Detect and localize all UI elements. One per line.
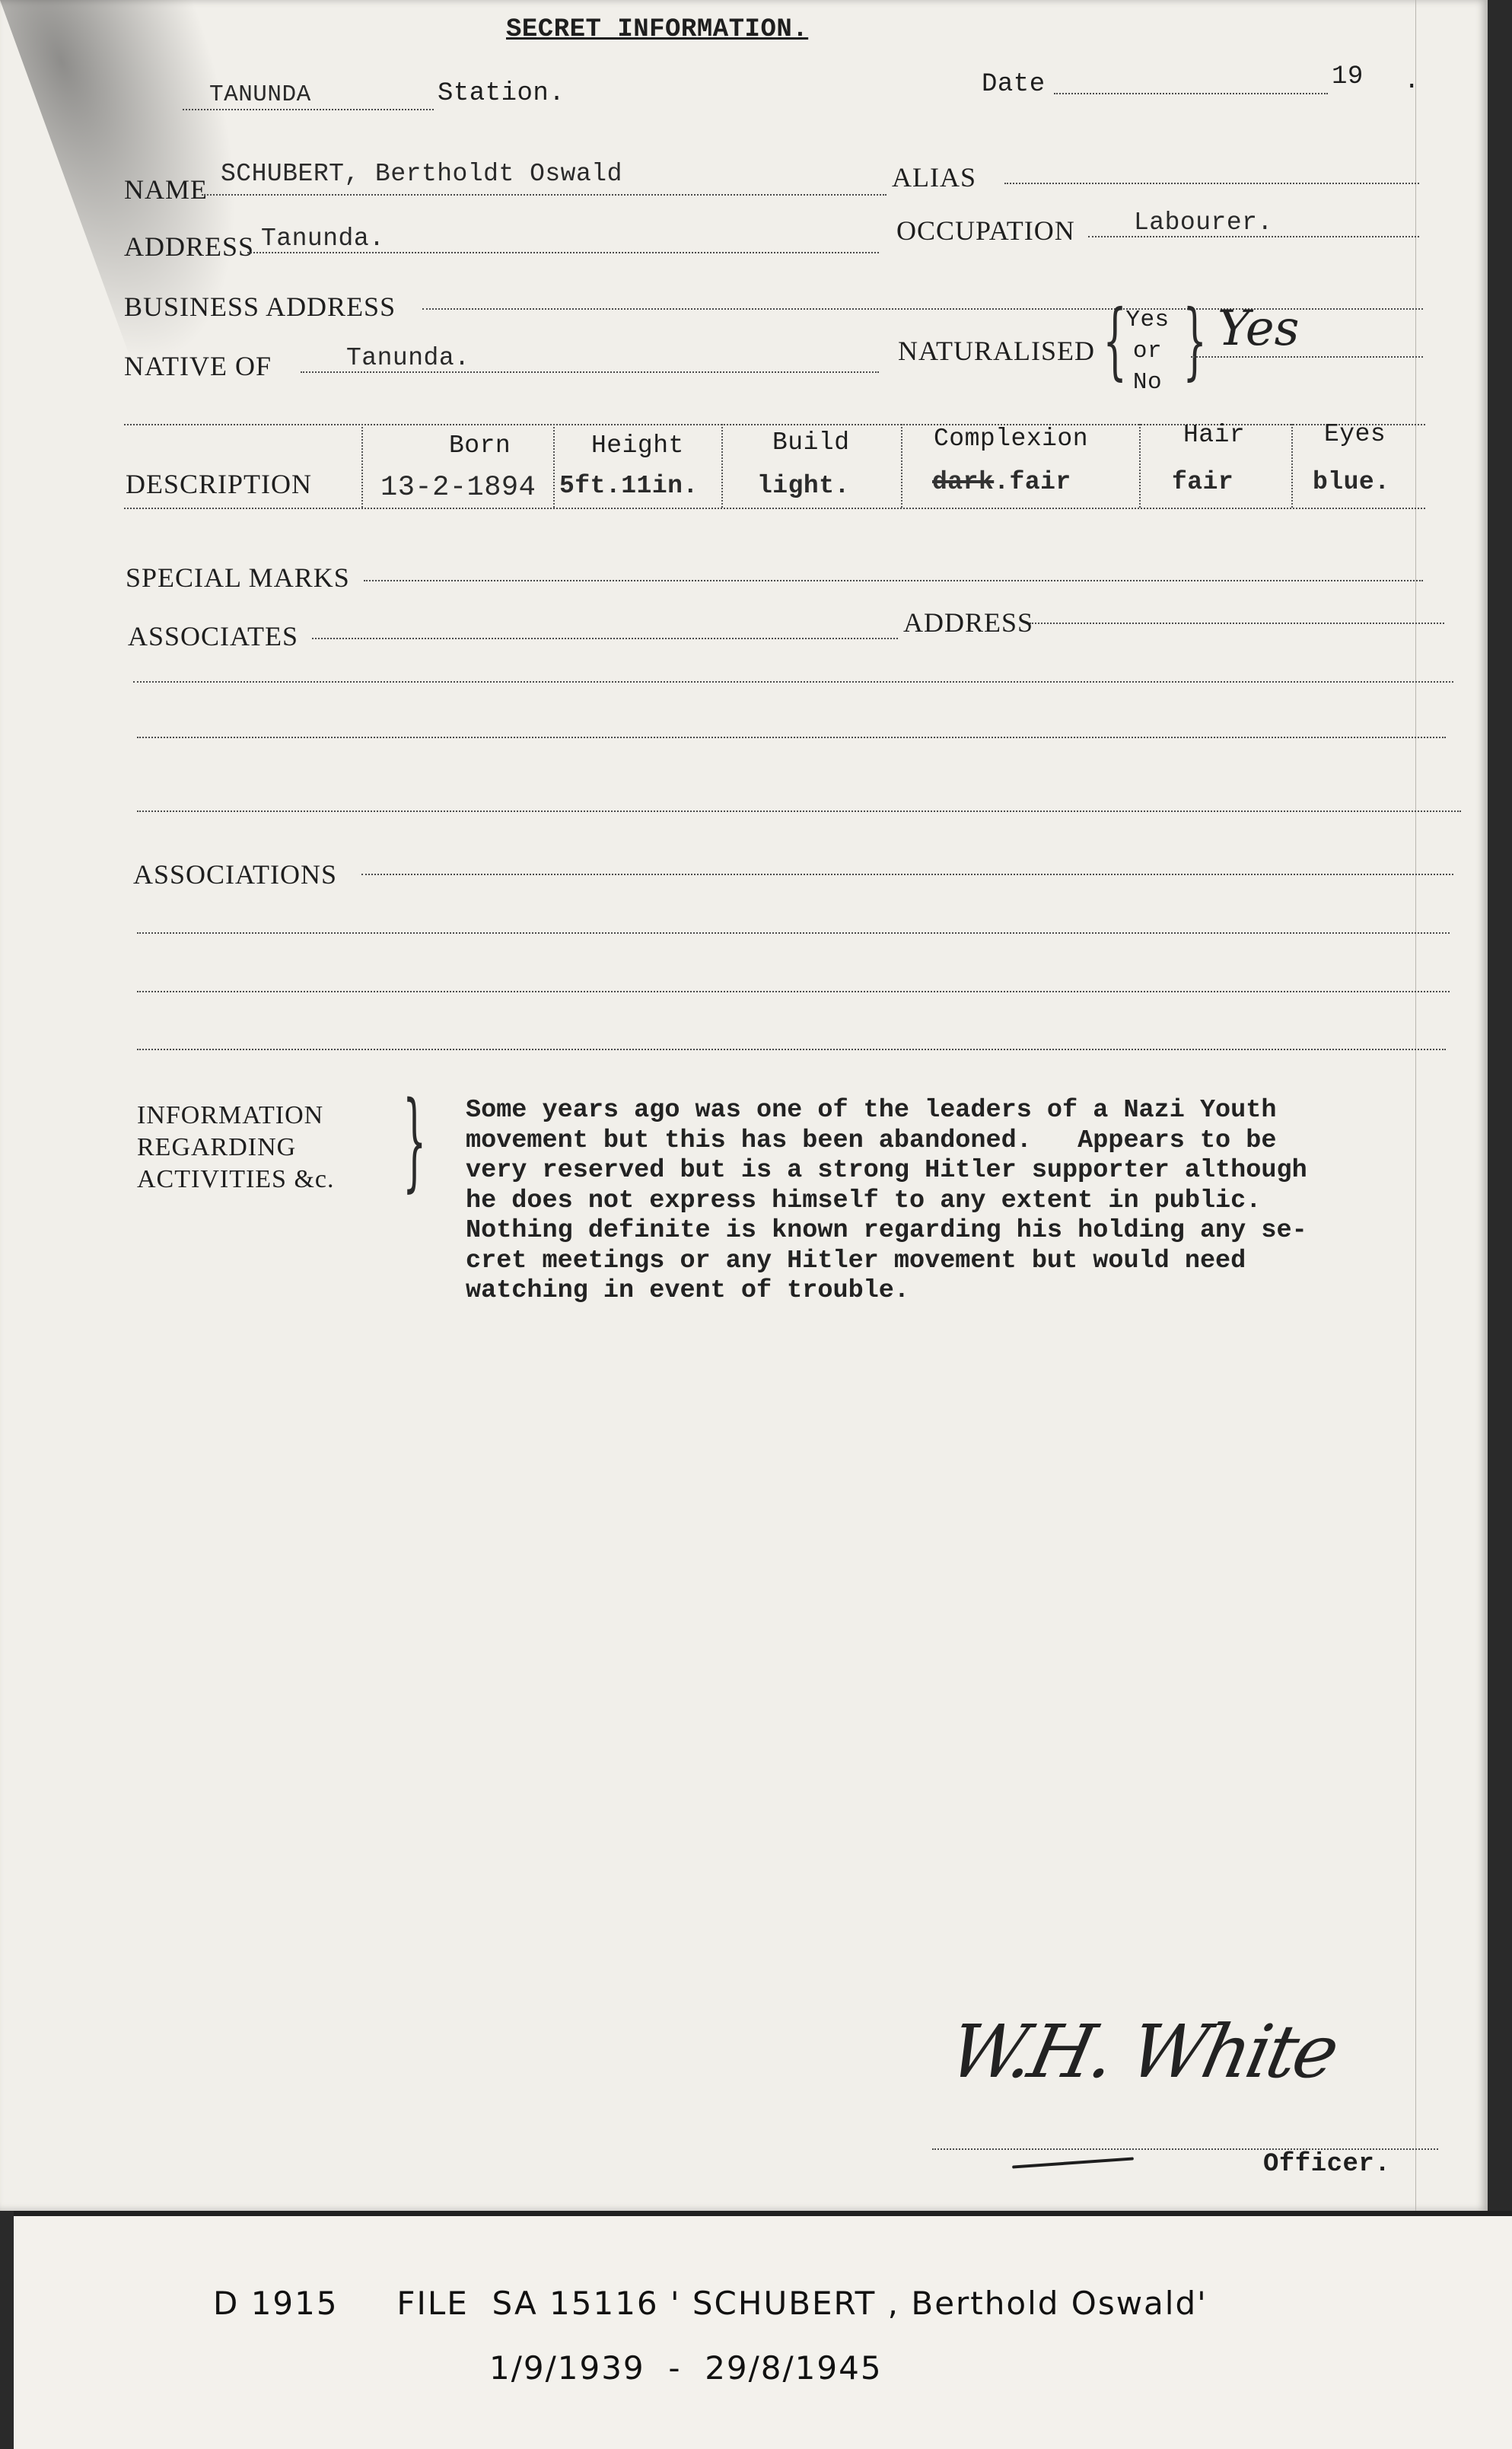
native-of-line: [301, 371, 879, 373]
col-divider: [901, 424, 902, 508]
alias-line: [1004, 183, 1419, 184]
archive-file-reference: D 1915 FILE SA 15116 ' SCHUBERT , Bertho…: [213, 2285, 1208, 2322]
special-marks-line: [364, 580, 1423, 581]
archive-date-range: 1/9/1939 - 29/8/1945: [489, 2349, 883, 2387]
hair-value: fair: [1172, 468, 1233, 496]
information-label: INFORMATION REGARDING ACTIVITIES &c.: [137, 1100, 335, 1196]
col-divider: [361, 424, 363, 508]
information-label-line: REGARDING: [137, 1133, 296, 1161]
associations-line: [361, 874, 1453, 875]
information-line: he does not express himself to any exten…: [466, 1186, 1455, 1217]
eyes-header: Eyes: [1324, 420, 1386, 448]
occupation-line: [1088, 236, 1419, 237]
complexion-struck-text: dark: [932, 468, 994, 496]
complexion-value: dark.fair: [932, 468, 1071, 496]
address-value: Tanunda.: [261, 225, 384, 253]
information-label-line: INFORMATION: [137, 1101, 323, 1129]
information-line: watching in event of trouble.: [466, 1276, 1455, 1307]
naturalised-line: [1191, 356, 1423, 358]
information-text: Some years ago was one of the leaders of…: [466, 1096, 1455, 1307]
build-value: light.: [757, 472, 850, 500]
information-line: Some years ago was one of the leaders of…: [466, 1096, 1455, 1126]
associations-blank-line: [137, 932, 1450, 934]
date-label: Date: [982, 70, 1046, 99]
native-of-value: Tanunda.: [346, 344, 470, 372]
information-line: movement but this has been abandoned. Ap…: [466, 1126, 1455, 1157]
born-header: Born: [449, 432, 511, 460]
col-divider: [1139, 424, 1141, 508]
information-line: very reserved but is a strong Hitler sup…: [466, 1156, 1455, 1186]
date-year-prefix: 19: [1332, 62, 1364, 91]
name-label: NAME: [124, 174, 208, 205]
col-divider: [553, 424, 555, 508]
associates-address-line: [1030, 623, 1444, 624]
born-value: 13-2-1894: [380, 472, 536, 504]
signature-underline: [1012, 2157, 1134, 2168]
special-marks-label: SPECIAL MARKS: [126, 562, 350, 594]
associates-line: [312, 638, 898, 639]
information-line: Nothing definite is known regarding his …: [466, 1216, 1455, 1247]
station-value: TANUNDA: [209, 81, 311, 108]
information-brace: }: [403, 1088, 426, 1195]
option-yes: Yes: [1125, 307, 1169, 333]
name-line: [202, 194, 887, 196]
build-header: Build: [772, 428, 850, 457]
address-line: [247, 252, 879, 253]
page-title: SECRET INFORMATION.: [506, 15, 808, 44]
officer-signature: W.H. White: [942, 2009, 1344, 2094]
date-line: [1054, 93, 1328, 94]
eyes-value: blue.: [1313, 468, 1390, 496]
associates-blank-line: [137, 737, 1446, 738]
naturalised-label: NATURALISED: [898, 335, 1095, 367]
associations-blank-line: [137, 1049, 1446, 1050]
height-header: Height: [591, 432, 684, 460]
description-bottom-rule: [124, 508, 1425, 509]
date-suffix: .: [1404, 67, 1420, 96]
naturalised-options: Yes or No: [1125, 304, 1170, 398]
option-no: No: [1133, 369, 1162, 396]
occupation-label: OCCUPATION: [896, 215, 1075, 247]
col-divider: [1291, 424, 1293, 508]
right-brace: }: [1183, 298, 1207, 382]
occupation-value: Labourer.: [1134, 209, 1273, 237]
information-label-line: ACTIVITIES &c.: [137, 1165, 335, 1193]
address-label: ADDRESS: [124, 231, 254, 263]
associates-blank-line: [137, 810, 1461, 812]
associates-blank-line: [133, 681, 1453, 683]
business-address-label: BUSINESS ADDRESS: [124, 291, 396, 323]
name-value: SCHUBERT, Bertholdt Oswald: [221, 160, 622, 188]
left-brace: {: [1103, 298, 1127, 382]
secret-information-form: SECRET INFORMATION. TANUNDA Station. Dat…: [0, 0, 1488, 2211]
associations-blank-line: [137, 991, 1450, 992]
col-divider: [721, 424, 723, 508]
station-line: [183, 109, 434, 110]
information-line: cret meetings or any Hitler movement but…: [466, 1247, 1455, 1277]
associations-label: ASSOCIATIONS: [133, 858, 337, 890]
complexion-header: Complexion: [934, 425, 1088, 453]
alias-label: ALIAS: [892, 161, 976, 193]
naturalised-handwritten-value: Yes: [1218, 301, 1299, 357]
station-label: Station.: [438, 79, 565, 108]
associates-label: ASSOCIATES: [128, 620, 298, 652]
associates-address-label: ADDRESS: [903, 607, 1033, 639]
description-label: DESCRIPTION: [126, 468, 312, 500]
native-of-label: NATIVE OF: [124, 350, 272, 382]
option-or: or: [1133, 338, 1162, 365]
archive-slip: D 1915 FILE SA 15116 ' SCHUBERT , Bertho…: [14, 2211, 1512, 2449]
officer-label: Officer.: [1263, 2150, 1390, 2179]
height-value: 5ft.11in.: [559, 472, 699, 500]
hair-header: Hair: [1183, 421, 1245, 449]
